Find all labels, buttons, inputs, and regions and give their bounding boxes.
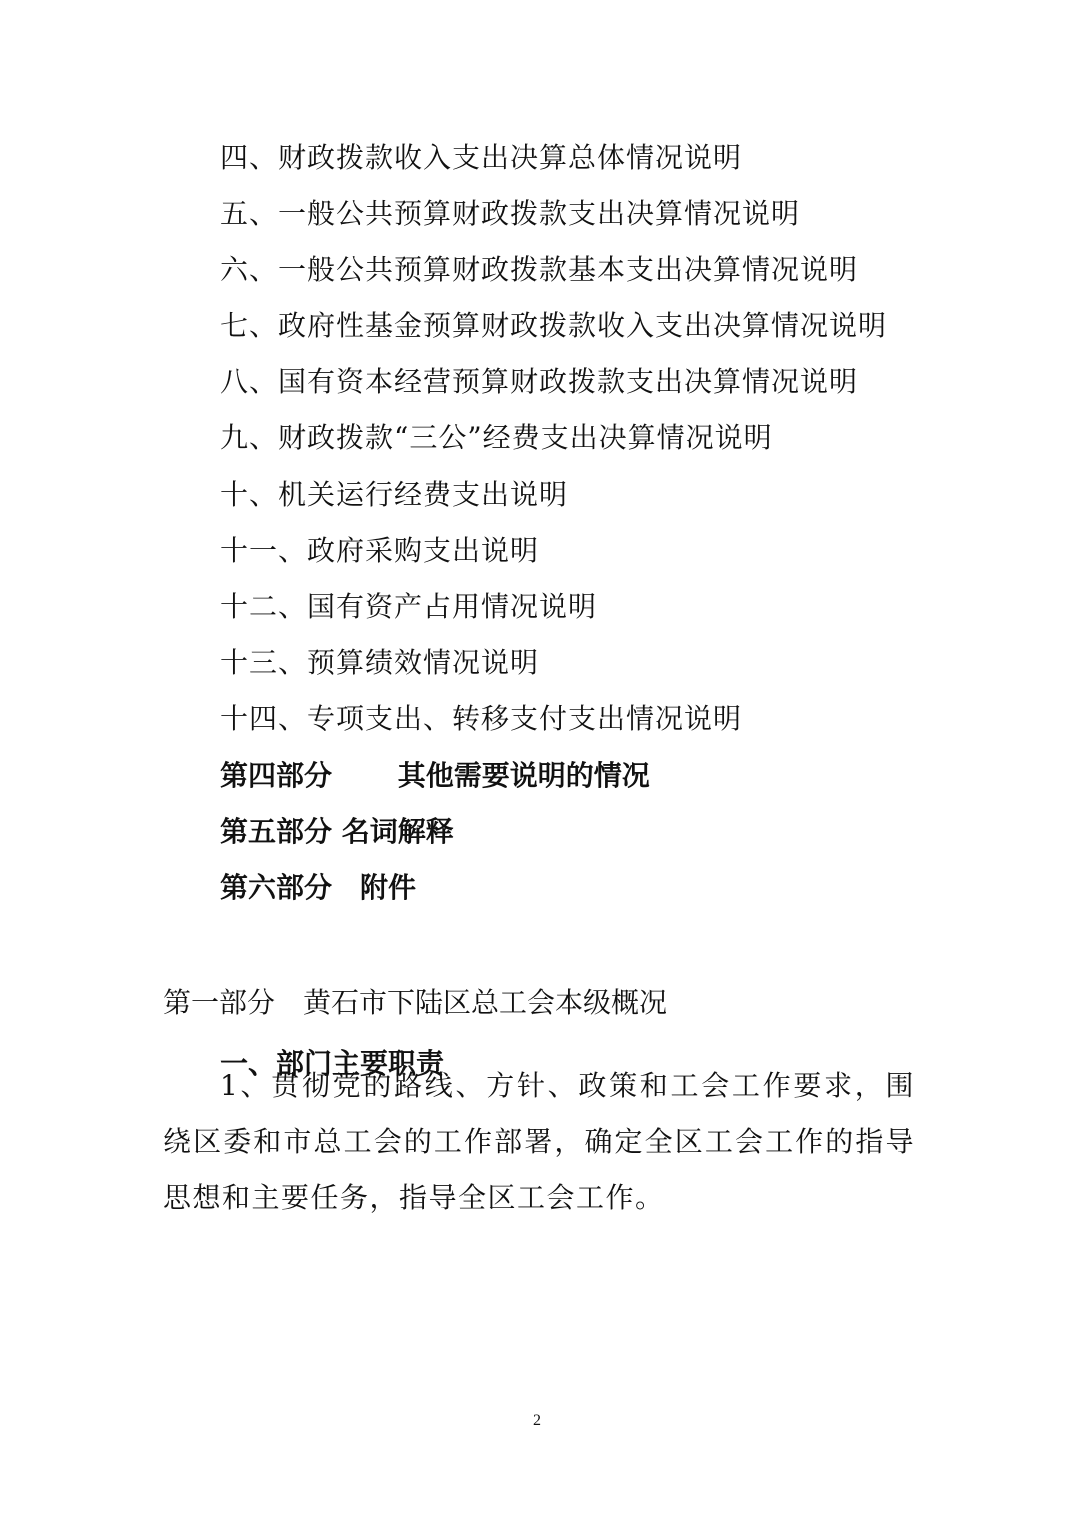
toc-item: 十三、预算绩效情况说明 bbox=[220, 645, 539, 681]
toc-item: 十、机关运行经费支出说明 bbox=[220, 477, 568, 513]
toc-item: 九、财政拨款“三公”经费支出决算情况说明 bbox=[220, 420, 773, 456]
page-number: 2 bbox=[0, 1412, 1074, 1430]
toc-item: 十四、专项支出、转移支付支出情况说明 bbox=[220, 701, 742, 737]
toc-part: 第四部分 其他需要说明的情况 bbox=[220, 758, 650, 794]
toc-part: 第五部分 名词解释 bbox=[220, 814, 454, 850]
body-paragraph: 1、贯彻党的路线、方针、政策和工会工作要求，围绕区委和市总工会的工作部署，确定全… bbox=[163, 1058, 915, 1226]
toc-item: 七、政府性基金预算财政拨款收入支出决算情况说明 bbox=[220, 308, 887, 344]
toc-item: 五、一般公共预算财政拨款支出决算情况说明 bbox=[220, 196, 800, 232]
toc-item: 十一、政府采购支出说明 bbox=[220, 533, 539, 569]
toc-item: 八、国有资本经营预算财政拨款支出决算情况说明 bbox=[220, 364, 858, 400]
toc-item: 十二、国有资产占用情况说明 bbox=[220, 589, 597, 625]
section-title: 第一部分 黄石市下陆区总工会本级概况 bbox=[163, 985, 667, 1021]
toc-part: 第六部分 附件 bbox=[220, 870, 416, 906]
toc-item: 四、财政拨款收入支出决算总体情况说明 bbox=[220, 140, 742, 176]
toc-item: 六、一般公共预算财政拨款基本支出决算情况说明 bbox=[220, 252, 858, 288]
